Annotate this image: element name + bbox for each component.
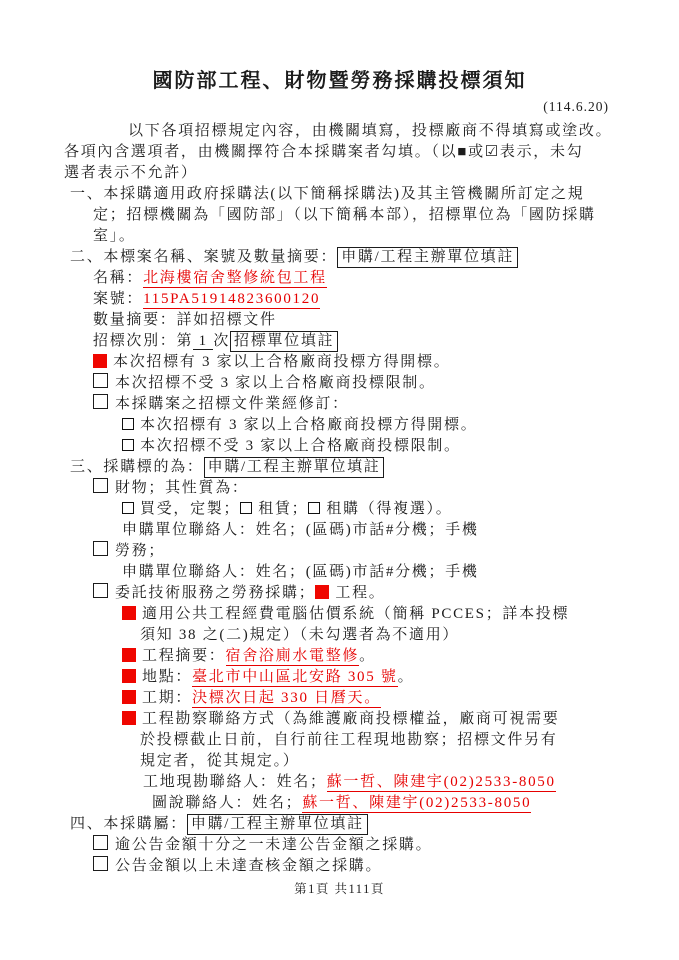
text-run: 。 (359, 648, 376, 664)
doc-line: 一、本採購適用政府採購法(以下簡稱採購法)及其主管機關所訂定之規 (70, 184, 679, 205)
doc-line: 本次招標有 3 家以上合格廠商投標方得開標。 (122, 415, 679, 436)
checkbox-checked-red-icon (122, 669, 136, 683)
doc-line: 勞務； (93, 541, 679, 562)
page-number: 第1頁 共111頁 (0, 879, 679, 897)
doc-line: 本次招標不受 3 家以上合格廠商投標限制。 (93, 373, 679, 394)
filled-value-red-underline: 決標次日起 330 日曆天。 (192, 690, 381, 708)
checkbox-unchecked-icon (93, 478, 108, 493)
doc-line: 工期：決標次日起 330 日曆天。 (122, 688, 679, 709)
doc-line: 工地現勘聯絡人：姓名；蘇一哲、陳建宇(02)2533-8050 (143, 772, 679, 793)
text-run: 租賃； (258, 501, 308, 517)
text-run: 招標次別：第 (93, 333, 193, 349)
revision-date: (114.6.20) (0, 97, 679, 116)
checkbox-unchecked-icon (93, 394, 108, 409)
fill-note-box: 申購/工程主辦單位填註 (187, 814, 368, 835)
doc-line: 選者表示不允許） (64, 163, 679, 184)
fill-note-box: 申購/工程主辦單位填註 (204, 457, 385, 478)
text-run: 本次招標不受 3 家以上合格廠商投標限制。 (140, 438, 461, 454)
text-run: 定；招標機關為「國防部」（以下簡稱本部），招標單位為「國防採購 (93, 207, 596, 223)
doc-line: 室」。 (93, 226, 679, 247)
checkbox-checked-red-icon (122, 690, 136, 704)
checkbox-checked-red-icon (122, 711, 136, 725)
checkbox-unchecked-small-icon (122, 418, 134, 430)
text-run: 次 (213, 333, 230, 349)
doc-line: 三、採購標的為：申購/工程主辦單位填註 (70, 457, 679, 478)
text-run: 地點： (142, 669, 192, 685)
text-run: 財物；其性質為： (115, 480, 249, 496)
doc-line: 招標次別：第 1 次招標單位填註 (93, 331, 679, 352)
checkbox-unchecked-icon (93, 373, 108, 388)
doc-line: 本採購案之招標文件業經修訂： (93, 394, 679, 415)
doc-line: 委託技術服務之勞務採購；工程。 (93, 583, 679, 604)
underlined-value: 1 (193, 333, 213, 350)
doc-line: 本次招標有 3 家以上合格廠商投標方得開標。 (93, 352, 679, 373)
checkbox-unchecked-small-icon (240, 502, 252, 514)
text-run: 適用公共工程經費電腦估價系統（簡稱 PCCES；詳本投標 (142, 606, 569, 622)
text-run: 買受，定製； (140, 501, 240, 517)
doc-line: 申購單位聯絡人：姓名；(區碼)市話#分機；手機 (122, 520, 679, 541)
text-run: 規定者，從其規定。） (140, 753, 300, 769)
doc-line: 數量摘要：詳如招標文件 (93, 310, 679, 331)
text-run: 逾公告金額十分之一未達公告金額之採購。 (115, 837, 432, 853)
doc-line: 本次招標不受 3 家以上合格廠商投標限制。 (122, 436, 679, 457)
checkbox-unchecked-icon (93, 835, 108, 850)
text-run: 須知 38 之(二)規定）（未勾選者為不適用） (140, 627, 459, 643)
doc-line: 地點：臺北市中山區北安路 305 號。 (122, 667, 679, 688)
text-run: 勞務； (115, 543, 165, 559)
filled-value-red-underline: 臺北市中山區北安路 305 號 (192, 669, 398, 687)
checkbox-unchecked-icon (93, 856, 108, 871)
doc-line: 名稱：北海樓宿舍整修統包工程 (93, 268, 679, 289)
doc-line: 二、本標案名稱、案號及數量摘要：申購/工程主辦單位填註 (70, 247, 679, 268)
checkbox-checked-red-icon (122, 606, 136, 620)
checkbox-unchecked-small-icon (308, 502, 320, 514)
doc-line: 於投標截止日前，自行前往工程現地勘察；招標文件另有 (140, 730, 679, 751)
text-run: 四、本採購屬： (70, 816, 187, 832)
doc-line: 四、本採購屬：申購/工程主辦單位填註 (70, 814, 679, 835)
doc-line: 買受，定製；租賃；租購（得複選）。 (122, 499, 679, 520)
text-run: 數量摘要：詳如招標文件 (93, 312, 277, 328)
doc-line: 定；招標機關為「國防部」（以下簡稱本部），招標單位為「國防採購 (93, 205, 679, 226)
text-run: 公告金額以上未達查核金額之採購。 (115, 858, 382, 874)
doc-line: 須知 38 之(二)規定）（未勾選者為不適用） (140, 625, 679, 646)
checkbox-checked-red-icon (93, 354, 107, 368)
text-run: 選者表示不允許） (64, 165, 198, 181)
doc-line: 逾公告金額十分之一未達公告金額之採購。 (93, 835, 679, 856)
text-run: 各項內含選項者，由機關擇符合本採購案者勾填。（以■或☑表示，未勾 (64, 144, 583, 160)
text-run: 工期： (142, 690, 192, 706)
filled-value-red-underline: 北海樓宿舍整修統包工程 (143, 270, 327, 288)
text-run: 委託技術服務之勞務採購； (115, 585, 315, 601)
text-run: 。 (398, 669, 415, 685)
filled-value-red-underline: 蘇一哲、陳建宇(02)2533-8050 (302, 795, 531, 813)
doc-line: 規定者，從其規定。） (140, 751, 679, 772)
checkbox-checked-red-icon (315, 585, 329, 599)
document-page: 國防部工程、財物暨勞務採購投標須知 (114.6.20) 以下各項招標規定內容，… (0, 0, 679, 960)
text-run: 三、採購標的為： (70, 459, 204, 475)
doc-line: 財物；其性質為： (93, 478, 679, 499)
filled-value-red-underline: 115PA51914823600120 (143, 291, 320, 309)
text-run: 以下各項招標規定內容，由機關填寫，投標廠商不得填寫或塗改。 (128, 123, 612, 139)
text-run: 工程勘察聯絡方式（為維護廠商投標權益，廠商可視需要 (142, 711, 560, 727)
text-run: 租購（得複選）。 (326, 501, 452, 517)
text-run: 圖說聯絡人：姓名； (152, 795, 302, 811)
text-run: 申購單位聯絡人：姓名；(區碼)市話#分機；手機 (122, 564, 479, 580)
fill-note-box: 招標單位填註 (230, 331, 338, 352)
text-run: 本採購案之招標文件業經修訂： (115, 396, 349, 412)
doc-line: 工程勘察聯絡方式（為維護廠商投標權益，廠商可視需要 (122, 709, 679, 730)
text-run: 案號： (93, 291, 143, 307)
text-run: 本次招標不受 3 家以上合格廠商投標限制。 (115, 375, 436, 391)
text-run: 於投標截止日前，自行前往工程現地勘察；招標文件另有 (140, 732, 558, 748)
filled-value-red-underline: 宿舍浴廁水電整修 (226, 648, 360, 666)
text-run: 室」。 (93, 228, 136, 244)
document-body: 以下各項招標規定內容，由機關填寫，投標廠商不得填寫或塗改。各項內含選項者，由機關… (0, 121, 679, 877)
text-run: 工程摘要： (142, 648, 226, 664)
doc-line: 工程摘要：宿舍浴廁水電整修。 (122, 646, 679, 667)
text-run: 工程。 (335, 585, 385, 601)
text-run: 申購單位聯絡人：姓名；(區碼)市話#分機；手機 (122, 522, 479, 538)
checkbox-checked-red-icon (122, 648, 136, 662)
checkbox-unchecked-icon (93, 541, 108, 556)
text-run: 二、本標案名稱、案號及數量摘要： (70, 249, 337, 265)
checkbox-unchecked-small-icon (122, 502, 134, 514)
checkbox-unchecked-icon (93, 583, 108, 598)
filled-value-red-underline: 蘇一哲、陳建宇(02)2533-8050 (327, 774, 556, 792)
doc-line: 申購單位聯絡人：姓名；(區碼)市話#分機；手機 (122, 562, 679, 583)
fill-note-box: 申購/工程主辦單位填註 (337, 247, 518, 268)
text-run: 本次招標有 3 家以上合格廠商投標方得開標。 (113, 354, 450, 370)
checkbox-unchecked-small-icon (122, 439, 134, 451)
doc-line: 圖說聯絡人：姓名；蘇一哲、陳建宇(02)2533-8050 (152, 793, 679, 814)
text-run: 工地現勘聯絡人：姓名； (143, 774, 327, 790)
text-run: 一、本採購適用政府採購法(以下簡稱採購法)及其主管機關所訂定之規 (70, 186, 584, 202)
doc-line: 各項內含選項者，由機關擇符合本採購案者勾填。（以■或☑表示，未勾 (64, 142, 679, 163)
text-run: 本次招標有 3 家以上合格廠商投標方得開標。 (140, 417, 477, 433)
doc-line: 公告金額以上未達查核金額之採購。 (93, 856, 679, 877)
doc-line: 適用公共工程經費電腦估價系統（簡稱 PCCES；詳本投標 (122, 604, 679, 625)
text-run: 名稱： (93, 270, 143, 286)
doc-line: 案號：115PA51914823600120 (93, 289, 679, 310)
doc-line: 以下各項招標規定內容，由機關填寫，投標廠商不得填寫或塗改。 (128, 121, 679, 142)
document-title: 國防部工程、財物暨勞務採購投標須知 (0, 66, 679, 96)
